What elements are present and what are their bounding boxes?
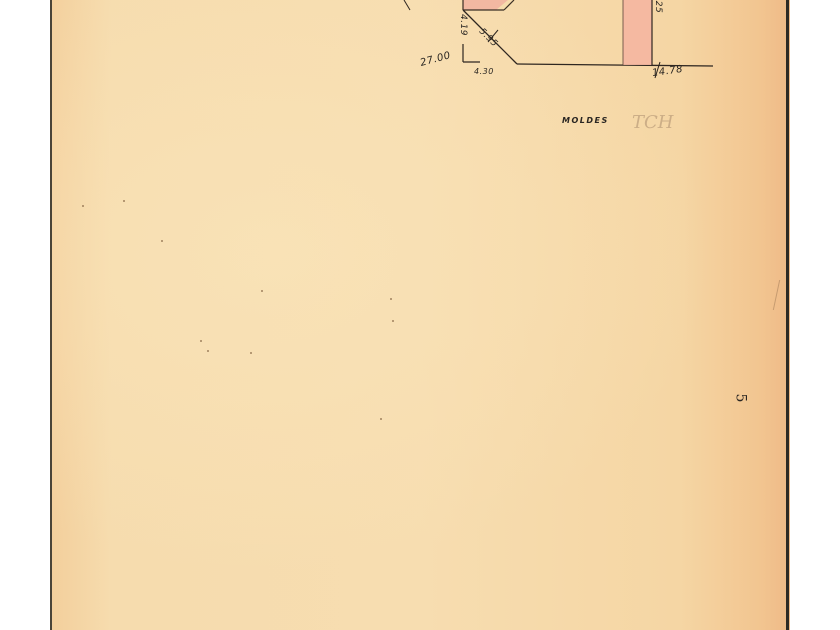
paper-speck xyxy=(200,340,202,342)
shaded-region-left xyxy=(463,0,508,10)
shaded-region-right xyxy=(623,0,652,65)
page-number: 5 xyxy=(732,394,748,403)
paper-speck xyxy=(123,200,125,202)
paper-speck xyxy=(82,205,84,207)
technical-drawing xyxy=(0,0,840,140)
paper-speck xyxy=(392,320,394,322)
paper-speck xyxy=(380,418,382,420)
faint-stamp: TCH xyxy=(632,112,673,133)
drawing-caption: MOLDES xyxy=(562,116,609,125)
paper-speck xyxy=(390,298,392,300)
paper-speck xyxy=(261,290,263,292)
paper-speck xyxy=(161,240,163,242)
paper-speck xyxy=(207,350,209,352)
dimension-left-vertical: 4.19 xyxy=(458,14,468,36)
dimension-bottom-short: 4.30 xyxy=(474,67,494,76)
dimension-right-vertical: 25 xyxy=(653,1,663,13)
paper-speck xyxy=(250,352,252,354)
